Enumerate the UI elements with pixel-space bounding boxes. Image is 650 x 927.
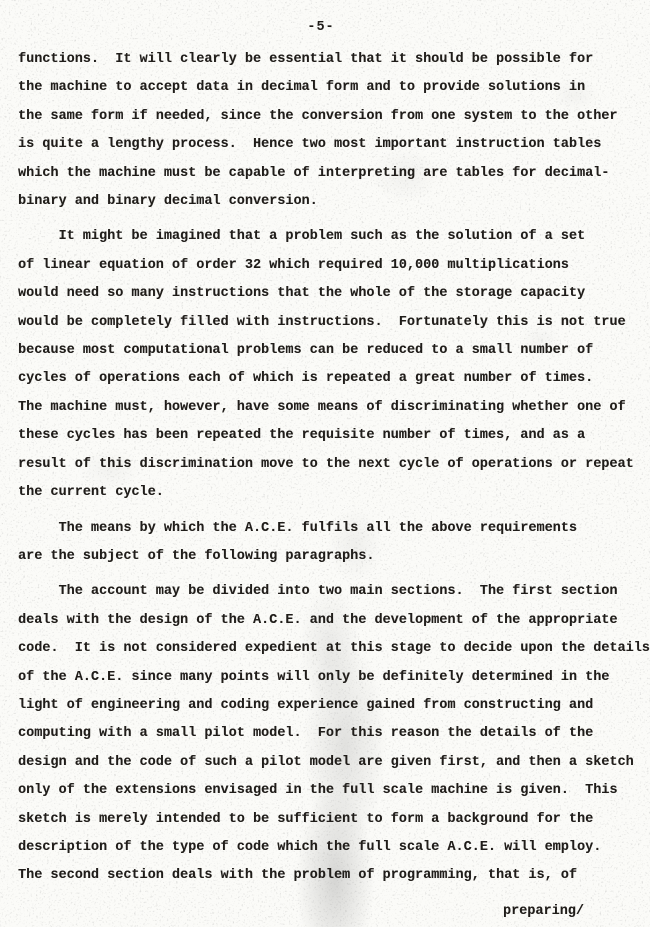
paragraph-two-sections: The account may be divided into two main… — [18, 578, 636, 890]
paragraph-decimal-conversion: functions. It will clearly be essential … — [18, 46, 636, 216]
page-content: -5- functions. It will clearly be essent… — [0, 0, 650, 926]
text-line: would need so many instructions that the… — [18, 280, 636, 308]
text-line: functions. It will clearly be essential … — [18, 46, 636, 74]
document-body: functions. It will clearly be essential … — [18, 46, 636, 926]
text-line: The account may be divided into two main… — [18, 578, 636, 606]
text-line: the same form if needed, since the conve… — [18, 103, 636, 131]
document-page: -5- functions. It will clearly be essent… — [0, 0, 650, 927]
text-line: the machine to accept data in decimal fo… — [18, 74, 636, 102]
text-line: only of the extensions envisaged in the … — [18, 777, 636, 805]
text-line: The machine must, however, have some mea… — [18, 394, 636, 422]
text-line: The second section deals with the proble… — [18, 862, 636, 890]
text-line: It might be imagined that a problem such… — [18, 223, 636, 251]
text-line: The means by which the A.C.E. fulfils al… — [18, 515, 636, 543]
text-line: of the A.C.E. since many points will onl… — [18, 664, 636, 692]
text-line: computing with a small pilot model. For … — [18, 720, 636, 748]
text-line: cycles of operations each of which is re… — [18, 365, 636, 393]
catchword: preparing/ — [18, 898, 636, 926]
text-line: would be completely filled with instruct… — [18, 309, 636, 337]
text-line: sketch is merely intended to be sufficie… — [18, 806, 636, 834]
text-line: code. It is not considered expedient at … — [18, 635, 636, 663]
text-line: which the machine must be capable of int… — [18, 160, 636, 188]
paragraph-ace-requirements: The means by which the A.C.E. fulfils al… — [18, 515, 636, 572]
text-line: is quite a lengthy process. Hence two mo… — [18, 131, 636, 159]
text-line: because most computational problems can … — [18, 337, 636, 365]
text-line: design and the code of such a pilot mode… — [18, 749, 636, 777]
page-number: -5- — [12, 20, 630, 36]
text-line: description of the type of code which th… — [18, 834, 636, 862]
text-line: light of engineering and coding experien… — [18, 692, 636, 720]
text-line: are the subject of the following paragra… — [18, 543, 636, 571]
text-line: binary and binary decimal conversion. — [18, 188, 636, 216]
text-line: result of this discrimination move to th… — [18, 451, 636, 479]
text-line: of linear equation of order 32 which req… — [18, 252, 636, 280]
text-line: the current cycle. — [18, 479, 636, 507]
text-line: deals with the design of the A.C.E. and … — [18, 607, 636, 635]
text-line: these cycles has been repeated the requi… — [18, 422, 636, 450]
paragraph-instruction-cycles: It might be imagined that a problem such… — [18, 223, 636, 507]
